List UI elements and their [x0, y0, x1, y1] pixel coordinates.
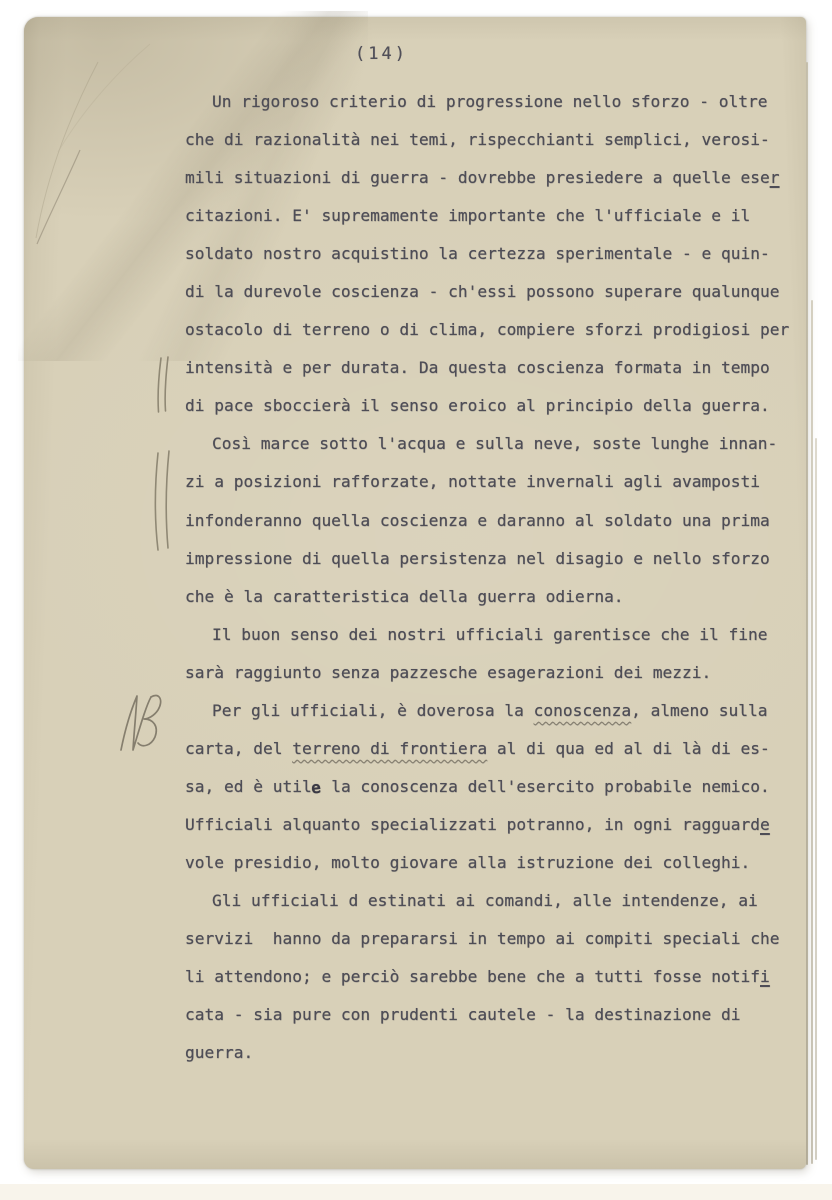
typed-text: Un rigoroso criterio di progressione nel… — [185, 83, 797, 1072]
document-page: (14) Un rigoroso criterio di progression… — [24, 17, 806, 1169]
scan-floor-strip — [0, 1184, 832, 1200]
typed-line: servizi hanno da prepararsi in tempo ai … — [185, 920, 797, 958]
typed-line: Per gli ufficiali, è doverosa la conosce… — [185, 692, 797, 730]
typed-line: Un rigoroso criterio di progressione nel… — [185, 83, 797, 121]
typed-line: che di razionalità nei temi, rispecchian… — [185, 121, 797, 159]
typed-line: di la durevole coscienza - ch'essi posso… — [185, 273, 797, 311]
page-stack-edge — [806, 62, 808, 1165]
typed-line: Ufficiali alquanto specializzati potrann… — [185, 806, 797, 844]
typed-line: infonderanno quella coscienza e daranno … — [185, 502, 797, 540]
typed-line: soldato nostro acquistino la certezza sp… — [185, 235, 797, 273]
typed-line: impressione di quella persistenza nel di… — [185, 540, 797, 578]
typed-line: guerra. — [185, 1034, 797, 1072]
typed-line: ostacolo di terreno o di clima, compiere… — [185, 311, 797, 349]
page-number: (14) — [355, 44, 408, 64]
typed-line: di pace sboccierà il senso eroico al pri… — [185, 387, 797, 425]
typed-line: citazioni. E' supremamente importante ch… — [185, 197, 797, 235]
typed-line: Gli ufficiali d estinati ai comandi, all… — [185, 882, 797, 920]
typed-line: che è la caratteristica della guerra odi… — [185, 578, 797, 616]
typed-line: zi a posizioni rafforzate, nottate inver… — [185, 463, 797, 501]
typed-line: sarà raggiunto senza pazzesche esagerazi… — [185, 654, 797, 692]
typed-line: carta, del terreno di frontiera al di qu… — [185, 730, 797, 768]
typed-line: mili situazioni di guerra - dovrebbe pre… — [185, 159, 797, 197]
typed-line: cata - sia pure con prudenti cautele - l… — [185, 996, 797, 1034]
typed-line: vole presidio, molto giovare alla istruz… — [185, 844, 797, 882]
page-stack-edge — [815, 438, 817, 1160]
typed-line: li attendono; e perciò sarebbe bene che … — [185, 958, 797, 996]
typed-line: Il buon senso dei nostri ufficiali garen… — [185, 616, 797, 654]
page-stack-edge — [811, 300, 813, 1164]
typed-line: Così marce sotto l'acqua e sulla neve, s… — [185, 425, 797, 463]
typed-line: intensità e per durata. Da questa coscie… — [185, 349, 797, 387]
typed-line: sa, ed è utile la conoscenza dell'eserci… — [185, 768, 797, 806]
